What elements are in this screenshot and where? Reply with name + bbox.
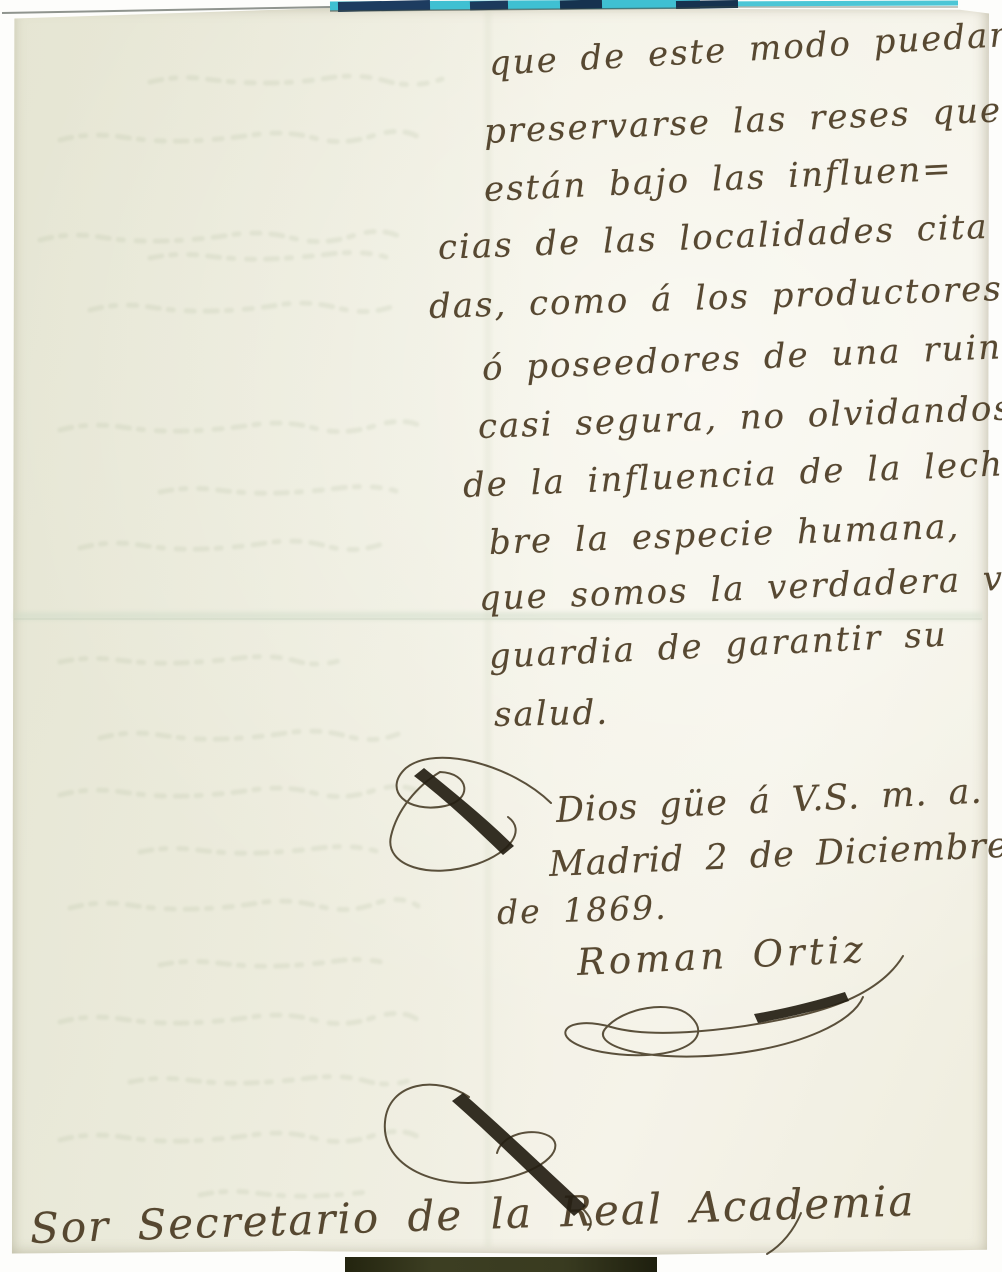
scanner-bottom-bar [345, 1257, 657, 1272]
cyan-strip-thin [700, 3, 958, 4]
navy-segment [470, 5, 508, 6]
cyan-strip [330, 4, 700, 6]
navy-segment [338, 5, 430, 7]
navy-segment [676, 4, 738, 5]
scanned-letter-page: que de este modo puedan preservarse las … [0, 0, 1002, 1272]
navy-segment [560, 4, 602, 5]
letter-line: salud. [494, 693, 610, 735]
dateline-year: de 1869. [496, 888, 668, 932]
